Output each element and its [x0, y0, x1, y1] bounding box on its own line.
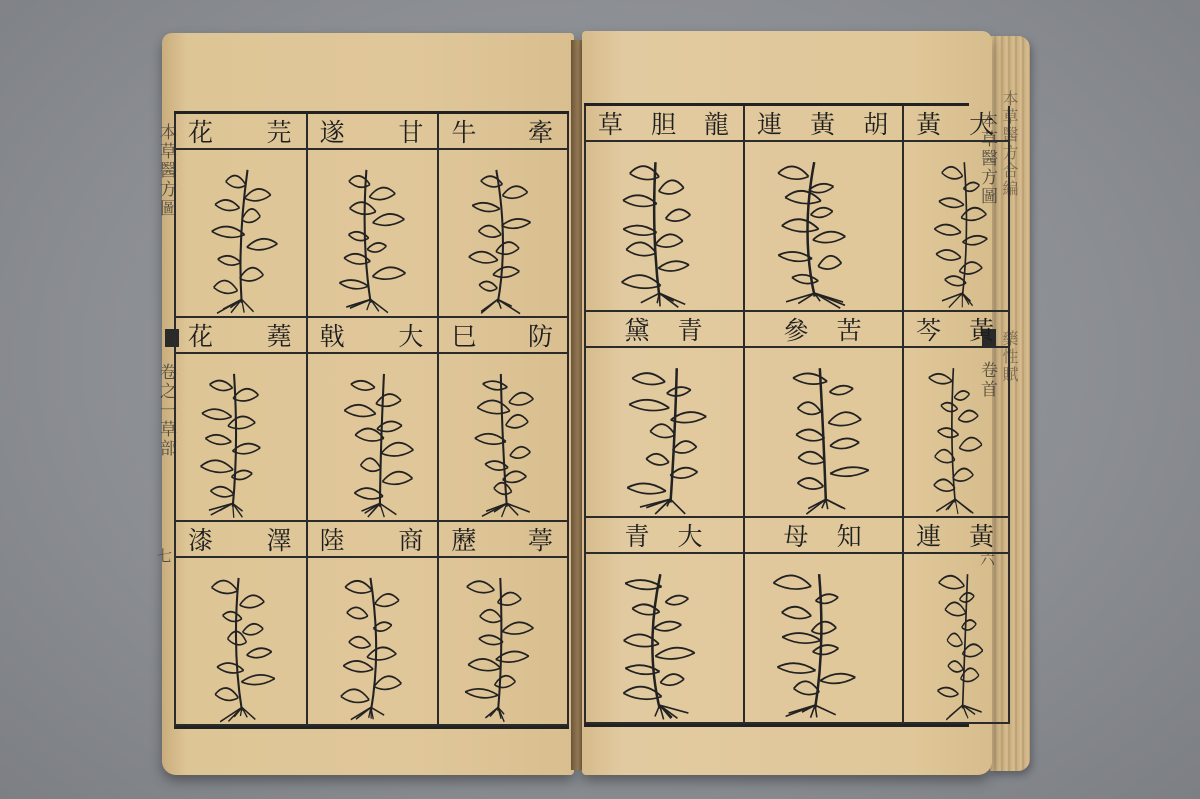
plant-name-char: 澤 — [267, 521, 294, 557]
plant-name-header: 陸商 — [308, 522, 438, 558]
plant-name-char: 連 — [916, 517, 943, 553]
plant-cell-大戟: 戟大 — [306, 318, 438, 522]
plant-name-char: 芩 — [916, 311, 943, 347]
right-plant-grid: 草胆龍 連黃胡 黃大 黛青 參苦 芩黃 青大 母知 連黃 — [584, 106, 969, 724]
plant-illustration — [439, 150, 567, 316]
plant-name-header: 遂甘 — [308, 114, 438, 150]
plant-name-header: 青大 — [586, 518, 743, 554]
plant-name-char: 藶 — [451, 521, 478, 557]
plant-name-char: 青 — [625, 517, 652, 553]
plant-name-char: 胆 — [651, 105, 678, 141]
plant-name-char: 苦 — [837, 311, 864, 347]
plant-illustration — [745, 142, 902, 310]
plant-illustration — [439, 354, 567, 520]
plant-name-char: 牽 — [528, 113, 555, 149]
left-plant-grid: 花芫 遂甘 牛牽 花蕘 戟大 巳防 漆澤 陸商 藶葶 — [174, 114, 569, 726]
plant-name-header: 連黃胡 — [745, 106, 902, 142]
plant-illustration — [176, 150, 306, 316]
plant-name-char: 商 — [398, 521, 425, 557]
plant-name-header: 黛青 — [586, 312, 743, 348]
plant-name-char: 葶 — [528, 521, 555, 557]
plant-cell-甘遂: 遂甘 — [306, 114, 438, 318]
plant-cell-大黃: 黃大 — [902, 106, 1010, 312]
plant-name-char: 黛 — [625, 311, 652, 347]
plant-name-char: 花 — [188, 317, 215, 353]
left-illustration-frame: 花芫 遂甘 牛牽 花蕘 戟大 巳防 漆澤 陸商 藶葶 — [174, 111, 569, 729]
plant-name-char: 連 — [757, 105, 784, 141]
plant-name-header: 花蕘 — [176, 318, 306, 354]
right-page: 本草醫方圖 卷首 六 草胆龍 連黃胡 黃大 黛青 參苦 芩黃 青大 母知 連黃 — [582, 31, 992, 775]
plant-illustration — [745, 554, 902, 722]
plant-cell-青黛: 黛青 — [584, 312, 743, 518]
plant-name-char: 巳 — [451, 317, 478, 353]
plant-cell-知母: 母知 — [743, 518, 902, 724]
plant-name-char: 甘 — [398, 113, 425, 149]
plant-name-char: 大 — [678, 517, 705, 553]
plant-cell-黃芩: 芩黃 — [902, 312, 1010, 518]
plant-illustration — [308, 150, 438, 316]
plant-name-char: 青 — [678, 311, 705, 347]
plant-cell-芫花: 花芫 — [174, 114, 306, 318]
plant-name-char: 陸 — [320, 521, 347, 557]
plant-illustration — [904, 348, 1008, 516]
plant-cell-商陸: 陸商 — [306, 522, 438, 726]
plant-name-char: 花 — [188, 113, 215, 149]
plant-name-header: 芩黃 — [904, 312, 1008, 348]
plant-illustration — [904, 142, 1008, 310]
plant-name-header: 連黃 — [904, 518, 1008, 554]
plant-illustration — [745, 348, 902, 516]
plant-cell-苦參: 參苦 — [743, 312, 902, 518]
plant-name-char: 草 — [598, 105, 625, 141]
plant-cell-龍胆草: 草胆龍 — [584, 106, 743, 312]
plant-name-header: 花芫 — [176, 114, 306, 150]
plant-illustration — [586, 348, 743, 516]
plant-illustration — [586, 554, 743, 722]
plant-name-char: 參 — [784, 311, 811, 347]
plant-name-char: 防 — [528, 317, 555, 353]
plant-name-char: 知 — [837, 517, 864, 553]
plant-illustration — [308, 354, 438, 520]
plant-name-header: 漆澤 — [176, 522, 306, 558]
plant-illustration — [308, 558, 438, 724]
plant-name-char: 胡 — [863, 105, 890, 141]
plant-illustration — [586, 142, 743, 310]
plant-name-char: 牛 — [451, 113, 478, 149]
plant-name-char: 龍 — [704, 105, 731, 141]
plant-name-char: 蕘 — [267, 317, 294, 353]
plant-cell-蕘花: 花蕘 — [174, 318, 306, 522]
plant-name-char: 漆 — [188, 521, 215, 557]
plant-name-header: 參苦 — [745, 312, 902, 348]
left-page: 本草醫方圖 卷之一草部 七 花芫 遂甘 牛牽 花蕘 戟大 巳防 漆澤 陸商 藶葶 — [162, 33, 574, 775]
plant-cell-澤漆: 漆澤 — [174, 522, 306, 726]
plant-name-header: 戟大 — [308, 318, 438, 354]
plant-name-header: 牛牽 — [439, 114, 567, 150]
plant-illustration — [904, 554, 1008, 722]
plant-name-char: 黃 — [916, 105, 943, 141]
plant-name-header: 巳防 — [439, 318, 567, 354]
plant-name-char: 戟 — [320, 317, 347, 353]
plant-illustration — [176, 354, 306, 520]
plant-illustration — [439, 558, 567, 724]
plant-name-header: 草胆龍 — [586, 106, 743, 142]
plant-name-char: 黃 — [810, 105, 837, 141]
plant-cell-黃連: 連黃 — [902, 518, 1010, 724]
plant-name-header: 黃大 — [904, 106, 1008, 142]
plant-name-header: 藶葶 — [439, 522, 567, 558]
plant-name-char: 大 — [969, 105, 996, 141]
plant-name-char: 大 — [398, 317, 425, 353]
plant-name-header: 母知 — [745, 518, 902, 554]
plant-cell-胡黃連: 連黃胡 — [743, 106, 902, 312]
plant-illustration — [176, 558, 306, 724]
plant-cell-防巳: 巳防 — [437, 318, 569, 522]
plant-cell-牽牛: 牛牽 — [437, 114, 569, 318]
left-page-number: 七 — [154, 548, 175, 565]
plant-cell-葶藶: 藶葶 — [437, 522, 569, 726]
plant-cell-大青: 青大 — [584, 518, 743, 724]
plant-name-char: 黃 — [969, 311, 996, 347]
plant-name-char: 芫 — [267, 113, 294, 149]
plant-name-char: 黃 — [969, 517, 996, 553]
plant-name-char: 遂 — [320, 113, 347, 149]
plant-name-char: 母 — [784, 517, 811, 553]
right-illustration-frame: 草胆龍 連黃胡 黃大 黛青 參苦 芩黃 青大 母知 連黃 — [584, 103, 969, 727]
